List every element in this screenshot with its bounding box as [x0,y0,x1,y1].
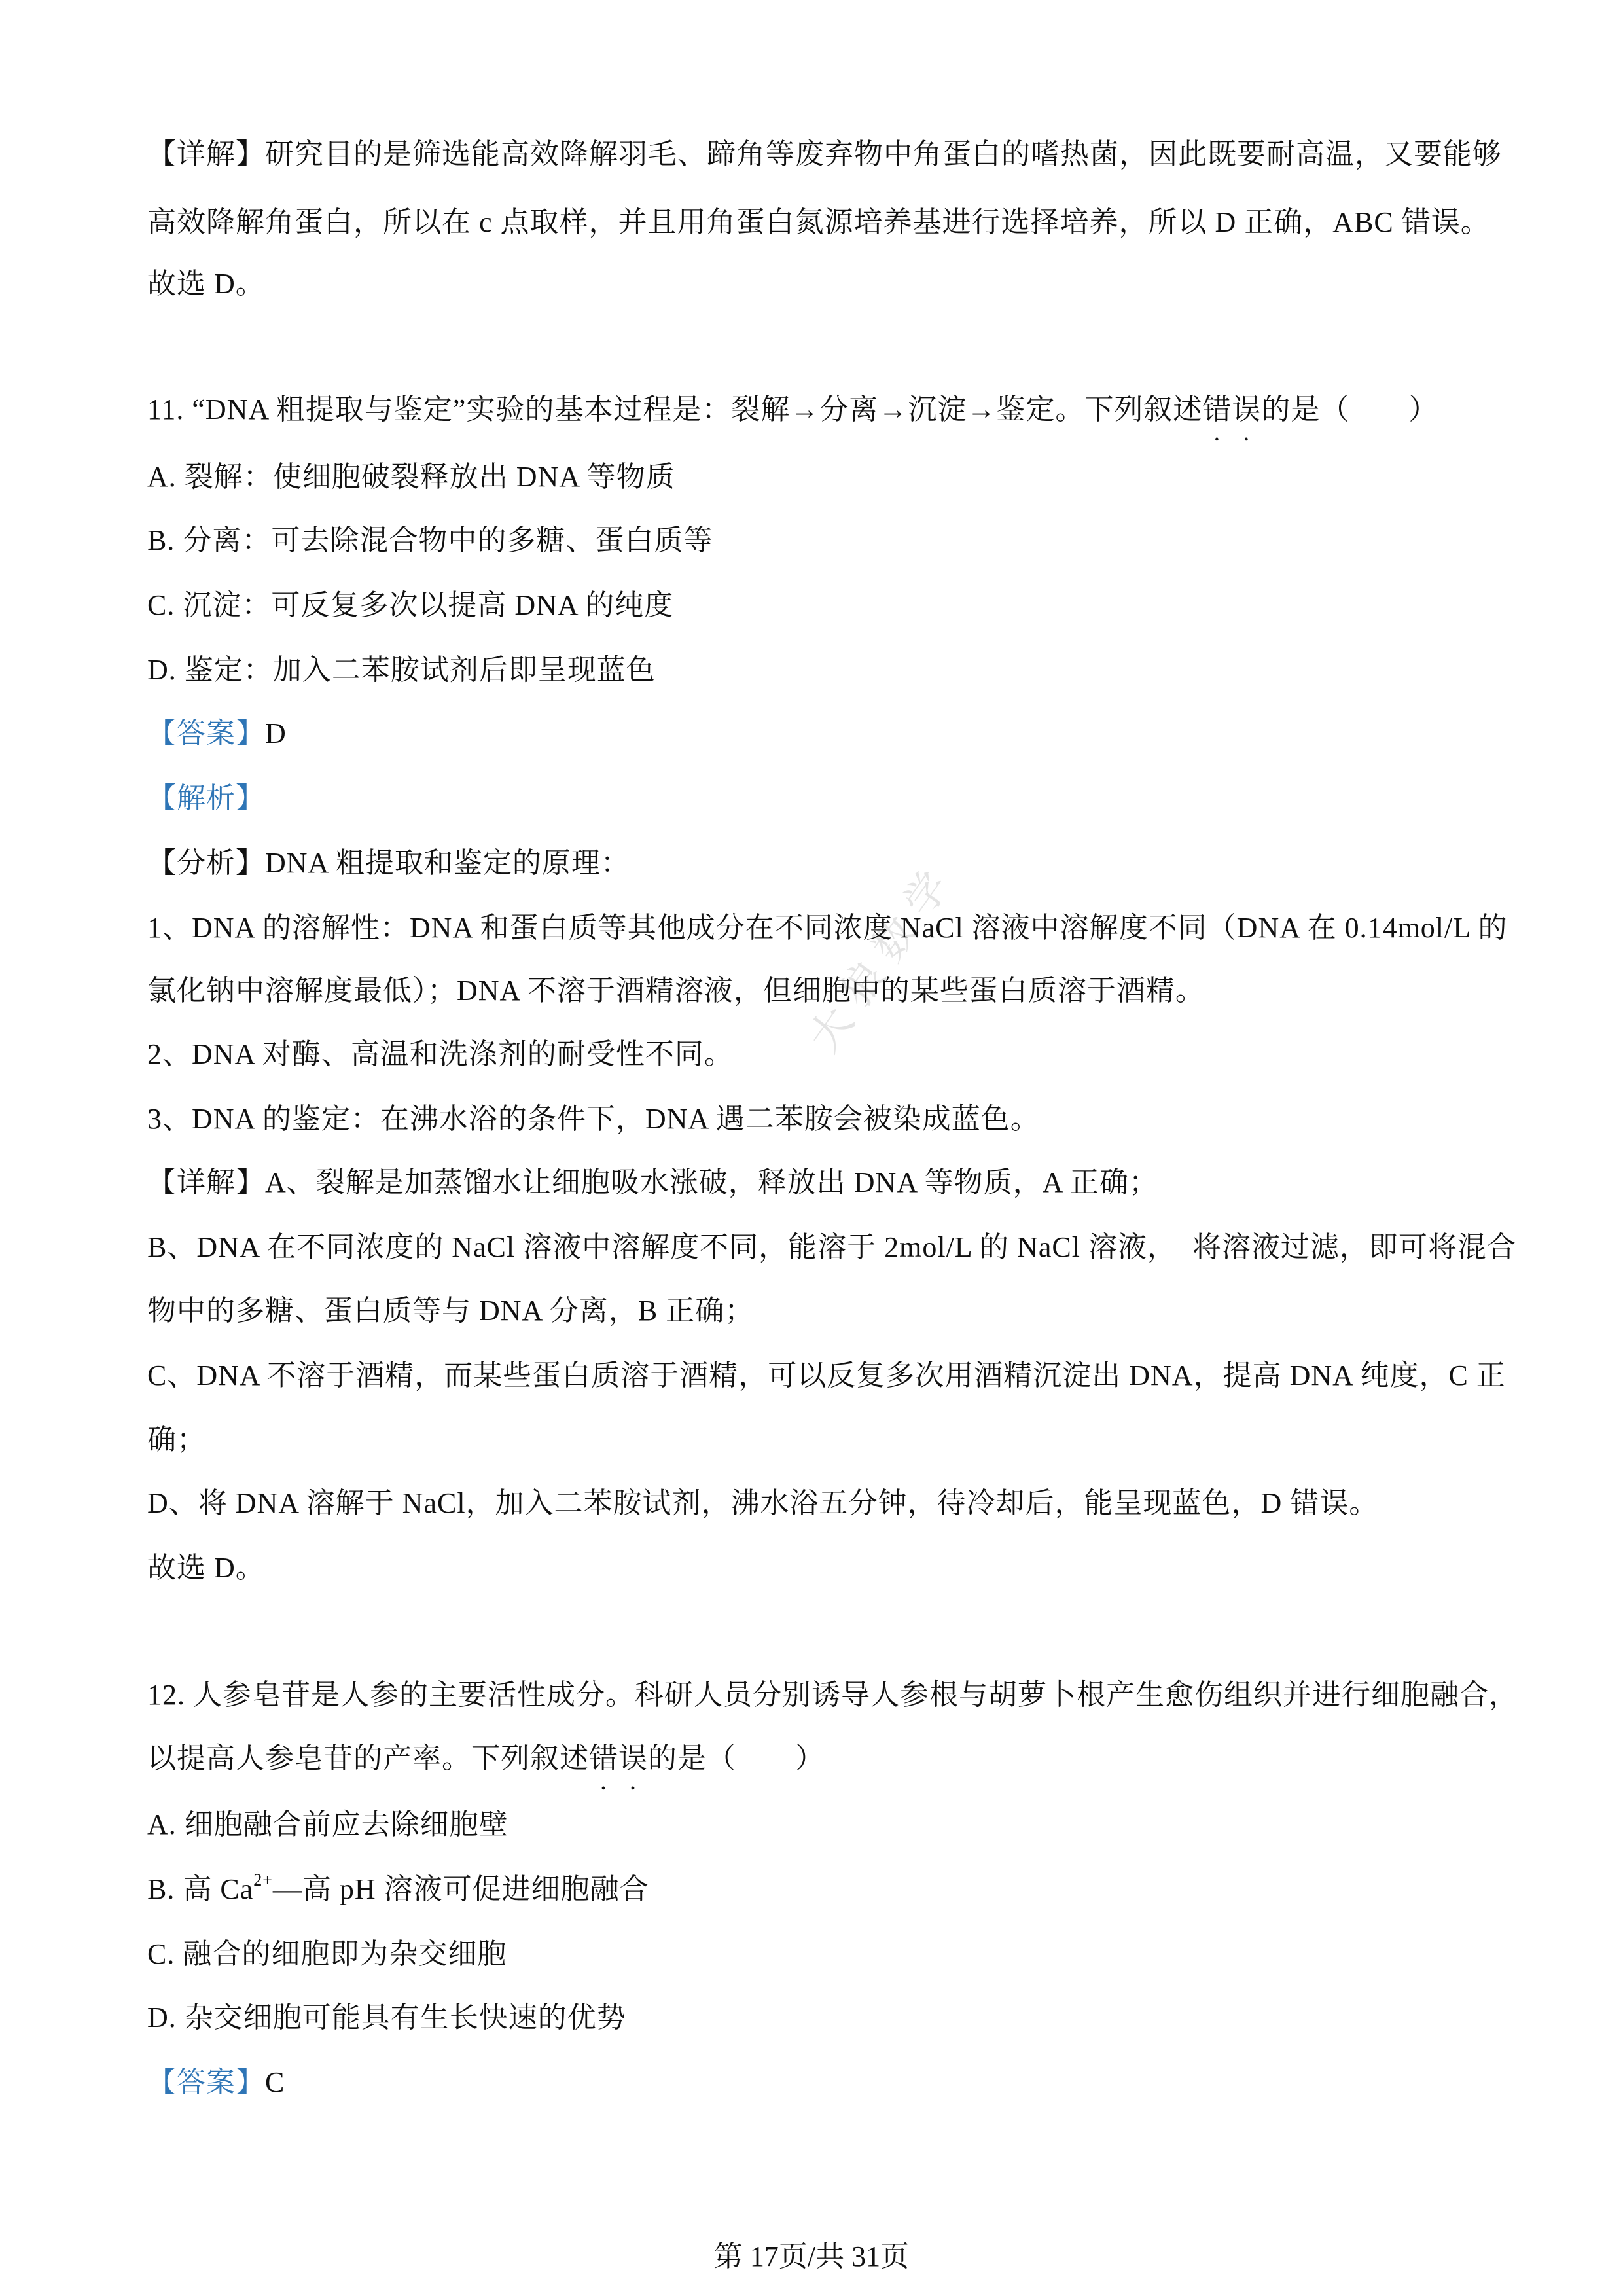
principle-1-cont: 氯化钠中溶解度最低）；DNA 不溶于酒精溶液，但细胞中的某些蛋白质溶于酒精。 [147,971,1205,1011]
q11-detail-b-cont: 物中的多糖、蛋白质等与 DNA 分离，B 正确； [147,1291,754,1331]
q11-analysis-label: 【解析】 [147,779,265,818]
fenxi-label: 【分析】 [147,847,265,879]
q11-option-c: C. 沉淀：可反复多次以提高 DNA 的纯度 [147,586,673,625]
principle-1: 1、DNA 的溶解性：DNA 和蛋白质等其他成分在不同浓度 NaCl 溶液中溶解… [147,908,1508,948]
q10-detail-line-2: 高效降解角蛋白，所以在 c 点取样，并且用角蛋白氮源培养基进行选择培养，所以 D… [147,203,1490,242]
q11-stem: 11. “DNA 粗提取与鉴定”实验的基本过程是：裂解→分离→沉淀→鉴定。下列叙… [147,390,1438,429]
emphasis-char: 误 [1232,390,1261,429]
answer-value: C [265,2066,285,2098]
detail-text: A、裂解是加蒸馏水让细胞吸水涨破，释放出 DNA 等物质，A 正确； [265,1166,1158,1198]
q11-stem-text: 11. “DNA 粗提取与鉴定”实验的基本过程是：裂解→分离→沉淀→鉴定。下列叙… [147,393,1202,425]
q12-option-b: B. 高 Ca2+—高 pH 溶液可促进细胞融合 [147,1870,649,1909]
q11-detail-c: C、DNA 不溶于酒精，而某些蛋白质溶于酒精，可以反复多次用酒精沉淀出 DNA，… [147,1356,1506,1395]
answer-label: 【答案】 [147,717,265,749]
detail-label: 【详解】 [147,138,265,170]
q12-stem-text: 以提高人参皂苷的产率。下列叙述 [147,1742,589,1774]
page-number: 第 17页/共 31页 [0,2237,1623,2276]
q10-conclusion: 故选 D。 [147,264,265,304]
q12-option-c: C. 融合的细胞即为杂交细胞 [147,1935,507,1974]
principle-3: 3、DNA 的鉴定：在沸水浴的条件下，DNA 遇二苯胺会被染成蓝色。 [147,1100,1040,1139]
answer-label: 【答案】 [147,2066,265,2098]
emphasis-char: 误 [618,1739,648,1778]
answer-value: D [265,717,287,749]
emphasis-char: 错 [589,1739,618,1778]
option-b-text-rest: —高 pH 溶液可促进细胞融合 [273,1873,649,1905]
principle-2: 2、DNA 对酶、高温和洗涤剂的耐受性不同。 [147,1035,734,1074]
q11-answer: 【答案】D [147,714,287,753]
option-b-text: B. 高 Ca [147,1873,253,1905]
q12-option-a: A. 细胞融合前应去除细胞壁 [147,1805,508,1844]
watermark: 大 狼 数 学 [792,857,960,1062]
detail-text: 研究目的是筛选能高效降解羽毛、蹄角等废弃物中角蛋白的嗜热菌，因此既要耐高温，又要… [265,138,1502,170]
answer-blank: 的是（ ） [648,1742,825,1774]
ion-charge: 2+ [253,1871,273,1890]
q12-stem-line-2: 以提高人参皂苷的产率。下列叙述错误的是（ ） [147,1739,825,1778]
q11-detail-b: B、DNA 在不同浓度的 NaCl 溶液中溶解度不同，能溶于 2mol/L 的 … [147,1228,1516,1267]
q11-detail-a: 【详解】A、裂解是加蒸馏水让细胞吸水涨破，释放出 DNA 等物质，A 正确； [147,1163,1158,1202]
q12-option-d: D. 杂交细胞可能具有生长快速的优势 [147,1998,626,2037]
detail-label: 【详解】 [147,1166,265,1198]
answer-blank: 的是（ ） [1261,393,1438,425]
q11-option-a: A. 裂解：使细胞破裂释放出 DNA 等物质 [147,457,675,497]
q12-answer: 【答案】C [147,2063,285,2102]
emphasis-char: 错 [1202,390,1232,429]
q11-conclusion: 故选 D。 [147,1549,265,1588]
q11-option-d: D. 鉴定：加入二苯胺试剂后即呈现蓝色 [147,651,656,690]
q11-detail-c-cont: 确； [147,1420,206,1460]
fenxi-text: DNA 粗提取和鉴定的原理： [265,847,630,879]
q11-fenxi: 【分析】DNA 粗提取和鉴定的原理： [147,844,630,883]
q10-detail-line-1: 【详解】研究目的是筛选能高效降解羽毛、蹄角等废弃物中角蛋白的嗜热菌，因此既要耐高… [147,135,1502,174]
q11-option-b: B. 分离：可去除混合物中的多糖、蛋白质等 [147,521,713,560]
q12-stem-line-1: 12. 人参皂苷是人参的主要活性成分。科研人员分别诱导人参根与胡萝卜根产生愈伤组… [147,1676,1518,1715]
q11-detail-d: D、将 DNA 溶解于 NaCl，加入二苯胺试剂，沸水浴五分钟，待冷却后，能呈现… [147,1484,1378,1523]
